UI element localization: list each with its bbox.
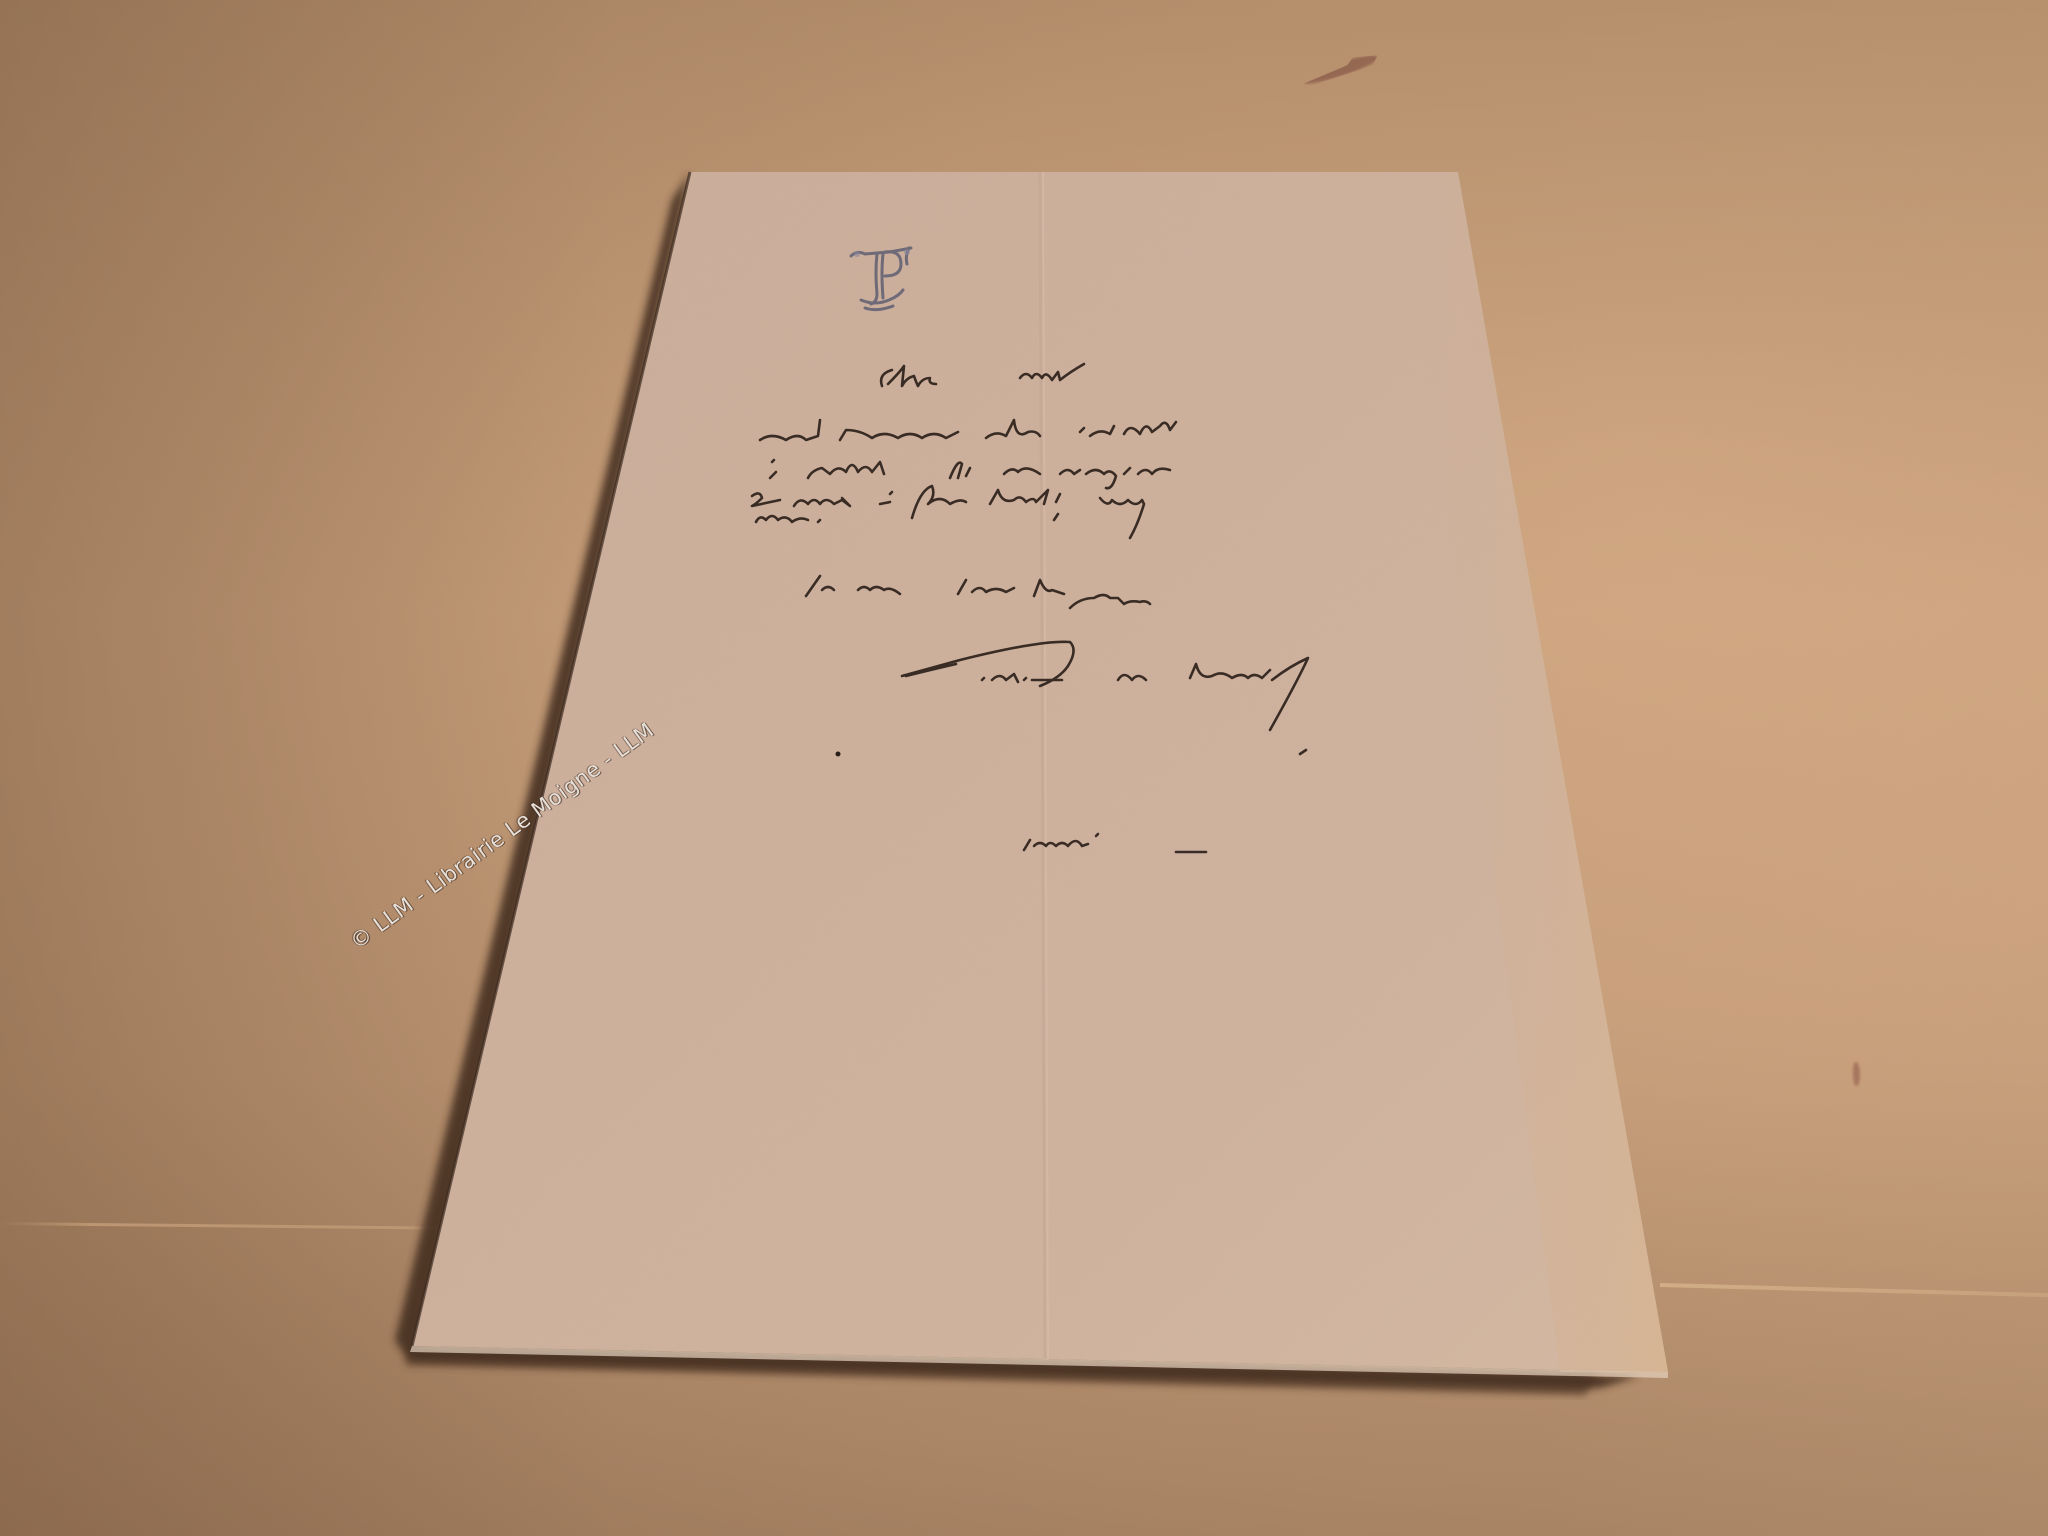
debris-fragment-small bbox=[1853, 1062, 1860, 1086]
monogram-icon bbox=[847, 242, 919, 312]
